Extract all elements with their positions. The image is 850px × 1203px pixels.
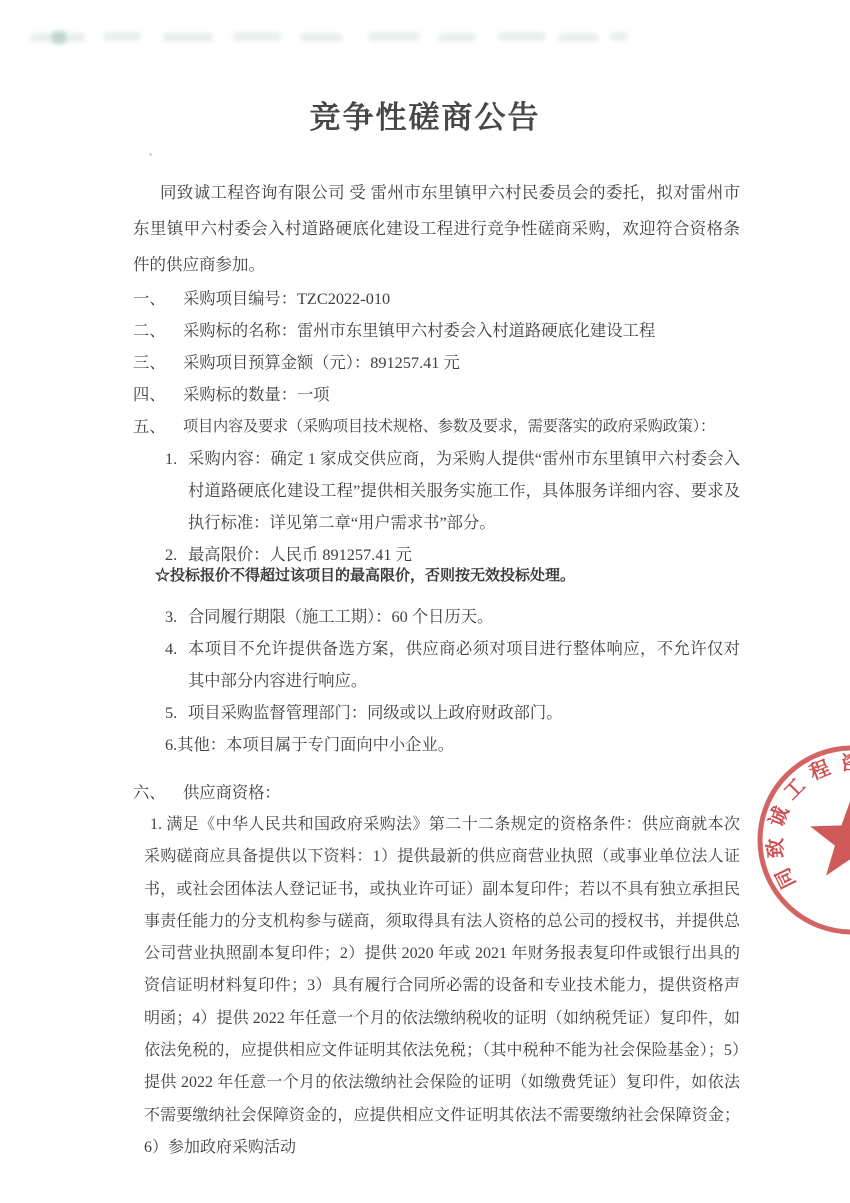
sub-item-number: 3.	[165, 601, 188, 633]
item-number: 六、	[133, 777, 183, 809]
seal-company-text: 同致诚工程咨询有限公司	[762, 750, 850, 898]
sub-item-number: 6.	[165, 729, 177, 761]
list-item-1: 一、 采购项目编号：TZC2022-010	[133, 283, 740, 315]
seal-star-icon	[810, 796, 850, 876]
sub-item-4: 4. 本项目不允许提供备选方案，供应商必须对项目进行整体响应，不允许仅对其中部分…	[133, 633, 740, 697]
qualification-paragraph: 1. 满足《中华人民共和国政府采购法》第二十二条规定的资格条件：供应商就本次采购…	[144, 809, 740, 1164]
item-text: 供应商资格：	[183, 777, 740, 809]
item-text: 采购标的数量：一项	[183, 379, 740, 411]
item-number: 一、	[133, 283, 183, 315]
list-item-5: 五、 项目内容及要求（采购项目技术规格、参数及要求，需要落实的政府采购政策）：	[133, 411, 740, 443]
document-title: 竞争性磋商公告	[0, 92, 850, 137]
sub-item-text: 合同履行期限（施工工期）：60 个日历天。	[188, 601, 740, 633]
sub-item-text: 项目采购监督管理部门：同级或以上政府财政部门。	[188, 697, 740, 729]
sub-item-6: 6. 其他：本项目属于专门面向中小企业。	[133, 729, 740, 761]
sub-item-3: 3. 合同履行期限（施工工期）：60 个日历天。	[133, 601, 740, 633]
sub-item-text: 本项目不允许提供备选方案，供应商必须对项目进行整体响应，不允许仅对其中部分内容进…	[188, 633, 740, 697]
sub-item-text: 其他：本项目属于专门面向中小企业。	[177, 729, 740, 761]
item-number: 五、	[133, 411, 183, 443]
company-seal-stamp: 同致诚工程咨询有限公司	[745, 733, 850, 947]
svg-text:同致诚工程咨询有限公司: 同致诚工程咨询有限公司	[762, 750, 850, 898]
document-page: 竞争性磋商公告 同致诚工程咨询有限公司 受 雷州市东里镇甲六村民委员会的委托，拟…	[0, 0, 850, 1203]
item-text: 采购项目编号：TZC2022-010	[183, 283, 740, 315]
list-item-2: 二、 采购标的名称：雷州市东里镇甲六村委会入村道路硬底化建设工程	[133, 315, 740, 347]
list-item-6: 六、 供应商资格：	[133, 777, 740, 809]
item-number: 三、	[133, 347, 183, 379]
sub-item-number: 1.	[165, 443, 188, 539]
sub-item-text: 采购内容：确定 1 家成交供应商，为采购人提供“雷州市东里镇甲六村委会入村道路硬…	[188, 443, 740, 539]
sub-item-5: 5. 项目采购监督管理部门：同级或以上政府财政部门。	[133, 697, 740, 729]
document-body: 同致诚工程咨询有限公司 受 雷州市东里镇甲六村民委员会的委托，拟对雷州市东里镇甲…	[133, 172, 740, 1164]
scan-dot	[149, 153, 152, 156]
list-item-3: 三、 采购项目预算金额（元）：891257.41 元	[133, 347, 740, 379]
item-text: 项目内容及要求（采购项目技术规格、参数及要求，需要落实的政府采购政策）：	[183, 411, 740, 443]
list-item-4: 四、 采购标的数量：一项	[133, 379, 740, 411]
item-number: 四、	[133, 379, 183, 411]
item-text: 采购标的名称：雷州市东里镇甲六村委会入村道路硬底化建设工程	[183, 315, 740, 347]
item-text: 采购项目预算金额（元）：891257.41 元	[183, 347, 740, 379]
item-number: 二、	[133, 315, 183, 347]
intro-paragraph: 同致诚工程咨询有限公司 受 雷州市东里镇甲六村民委员会的委托，拟对雷州市东里镇甲…	[133, 172, 740, 283]
sub-item-number: 4.	[165, 633, 188, 697]
sub-item-number: 5.	[165, 697, 188, 729]
sub-item-1: 1. 采购内容：确定 1 家成交供应商，为采购人提供“雷州市东里镇甲六村委会入村…	[133, 443, 740, 539]
